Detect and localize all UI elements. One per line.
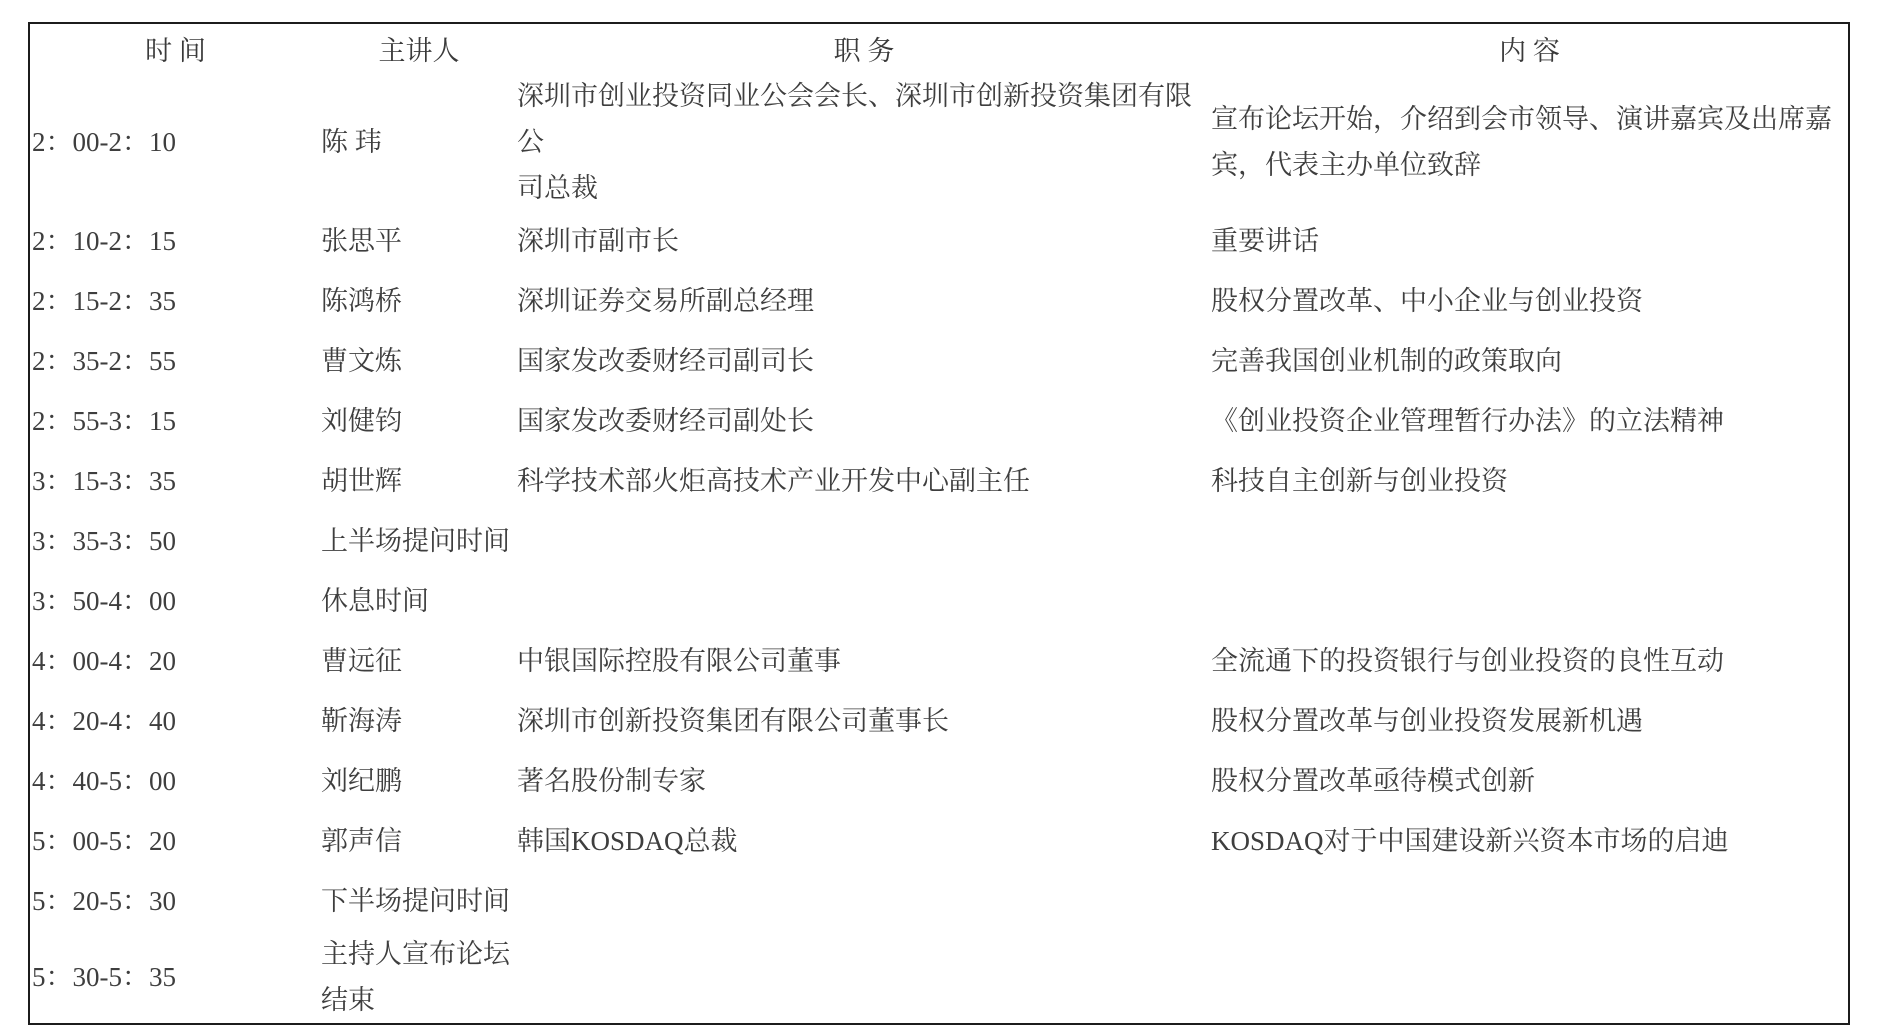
cell-speaker: 郭声信 (321, 811, 517, 871)
cell-content: 股权分置改革亟待模式创新 (1211, 751, 1849, 811)
table-row: 3：15-3：35 胡世辉 科学技术部火炬高技术产业开发中心副主任 科技自主创新… (29, 451, 1849, 511)
cell-title: 著名股份制专家 (517, 751, 1211, 811)
cell-speaker: 主持人宣布论坛结束 (321, 931, 517, 1024)
cell-title: 深圳市副市长 (517, 211, 1211, 271)
forum-agenda-table: 时 间 主讲人 职 务 内 容 2：00-2：10 陈 玮 深圳市创业投资同业公… (28, 22, 1850, 1025)
cell-time: 3：15-3：35 (29, 451, 321, 511)
cell-title: 科学技术部火炬高技术产业开发中心副主任 (517, 451, 1211, 511)
cell-title: 深圳市创业投资同业公会会长、深圳市创新投资集团有限公 司总裁 (517, 73, 1211, 211)
cell-speaker: 刘纪鹏 (321, 751, 517, 811)
cell-title: 中银国际控股有限公司董事 (517, 631, 1211, 691)
cell-content: 《创业投资企业管理暂行办法》的立法精神 (1211, 391, 1849, 451)
cell-time: 5：00-5：20 (29, 811, 321, 871)
cell-time: 4：20-4：40 (29, 691, 321, 751)
cell-title: 深圳证券交易所副总经理 (517, 271, 1211, 331)
cell-content: KOSDAQ对于中国建设新兴资本市场的启迪 (1211, 811, 1849, 871)
table-row: 5：20-5：30 下半场提问时间 (29, 871, 1849, 931)
cell-speaker: 下半场提问时间 (321, 871, 517, 931)
table-row: 4：40-5：00 刘纪鹏 著名股份制专家 股权分置改革亟待模式创新 (29, 751, 1849, 811)
cell-speaker: 张思平 (321, 211, 517, 271)
table-row: 4：20-4：40 靳海涛 深圳市创新投资集团有限公司董事长 股权分置改革与创业… (29, 691, 1849, 751)
cell-speaker: 胡世辉 (321, 451, 517, 511)
cell-content (1211, 871, 1849, 931)
column-header-content: 内 容 (1211, 23, 1849, 73)
table-row: 4：00-4：20 曹远征 中银国际控股有限公司董事 全流通下的投资银行与创业投… (29, 631, 1849, 691)
cell-time: 2：35-2：55 (29, 331, 321, 391)
column-header-speaker: 主讲人 (321, 23, 517, 73)
cell-title (517, 571, 1211, 631)
cell-content: 完善我国创业机制的政策取向 (1211, 331, 1849, 391)
table-row: 2：35-2：55 曹文炼 国家发改委财经司副司长 完善我国创业机制的政策取向 (29, 331, 1849, 391)
cell-title: 国家发改委财经司副处长 (517, 391, 1211, 451)
table-row: 2：15-2：35 陈鸿桥 深圳证券交易所副总经理 股权分置改革、中小企业与创业… (29, 271, 1849, 331)
column-header-title: 职 务 (517, 23, 1211, 73)
column-header-time: 时 间 (29, 23, 321, 73)
cell-title: 深圳市创新投资集团有限公司董事长 (517, 691, 1211, 751)
cell-speaker: 陈鸿桥 (321, 271, 517, 331)
cell-speaker: 上半场提问时间 (321, 511, 517, 571)
cell-time: 2：00-2：10 (29, 73, 321, 211)
cell-time: 2：15-2：35 (29, 271, 321, 331)
cell-content: 股权分置改革、中小企业与创业投资 (1211, 271, 1849, 331)
header-row: 时 间 主讲人 职 务 内 容 (29, 23, 1849, 73)
cell-speaker: 刘健钧 (321, 391, 517, 451)
cell-speaker: 曹远征 (321, 631, 517, 691)
table-row: 2：00-2：10 陈 玮 深圳市创业投资同业公会会长、深圳市创新投资集团有限公… (29, 73, 1849, 211)
cell-speaker: 休息时间 (321, 571, 517, 631)
cell-time: 4：00-4：20 (29, 631, 321, 691)
cell-title (517, 871, 1211, 931)
cell-time: 4：40-5：00 (29, 751, 321, 811)
cell-title (517, 931, 1211, 1024)
cell-time: 3：50-4：00 (29, 571, 321, 631)
cell-time: 5：20-5：30 (29, 871, 321, 931)
table-row: 5：30-5：35 主持人宣布论坛结束 (29, 931, 1849, 1024)
table-row: 3：50-4：00 休息时间 (29, 571, 1849, 631)
cell-time: 2：10-2：15 (29, 211, 321, 271)
cell-speaker: 靳海涛 (321, 691, 517, 751)
cell-content: 科技自主创新与创业投资 (1211, 451, 1849, 511)
cell-time: 5：30-5：35 (29, 931, 321, 1024)
table-row: 3：35-3：50 上半场提问时间 (29, 511, 1849, 571)
cell-content: 宣布论坛开始，介绍到会市领导、演讲嘉宾及出席嘉 宾，代表主办单位致辞 (1211, 73, 1849, 211)
cell-content (1211, 571, 1849, 631)
cell-title: 国家发改委财经司副司长 (517, 331, 1211, 391)
cell-speaker: 陈 玮 (321, 73, 517, 211)
cell-content (1211, 511, 1849, 571)
cell-time: 3：35-3：50 (29, 511, 321, 571)
table-row: 2：55-3：15 刘健钧 国家发改委财经司副处长 《创业投资企业管理暂行办法》… (29, 391, 1849, 451)
cell-content: 全流通下的投资银行与创业投资的良性互动 (1211, 631, 1849, 691)
cell-speaker: 曹文炼 (321, 331, 517, 391)
table-row: 2：10-2：15 张思平 深圳市副市长 重要讲话 (29, 211, 1849, 271)
table-row: 5：00-5：20 郭声信 韩国KOSDAQ总裁 KOSDAQ对于中国建设新兴资… (29, 811, 1849, 871)
cell-time: 2：55-3：15 (29, 391, 321, 451)
cell-content (1211, 931, 1849, 1024)
cell-title: 韩国KOSDAQ总裁 (517, 811, 1211, 871)
cell-title (517, 511, 1211, 571)
agenda-body: 2：00-2：10 陈 玮 深圳市创业投资同业公会会长、深圳市创新投资集团有限公… (29, 73, 1849, 1024)
cell-content: 重要讲话 (1211, 211, 1849, 271)
cell-content: 股权分置改革与创业投资发展新机遇 (1211, 691, 1849, 751)
